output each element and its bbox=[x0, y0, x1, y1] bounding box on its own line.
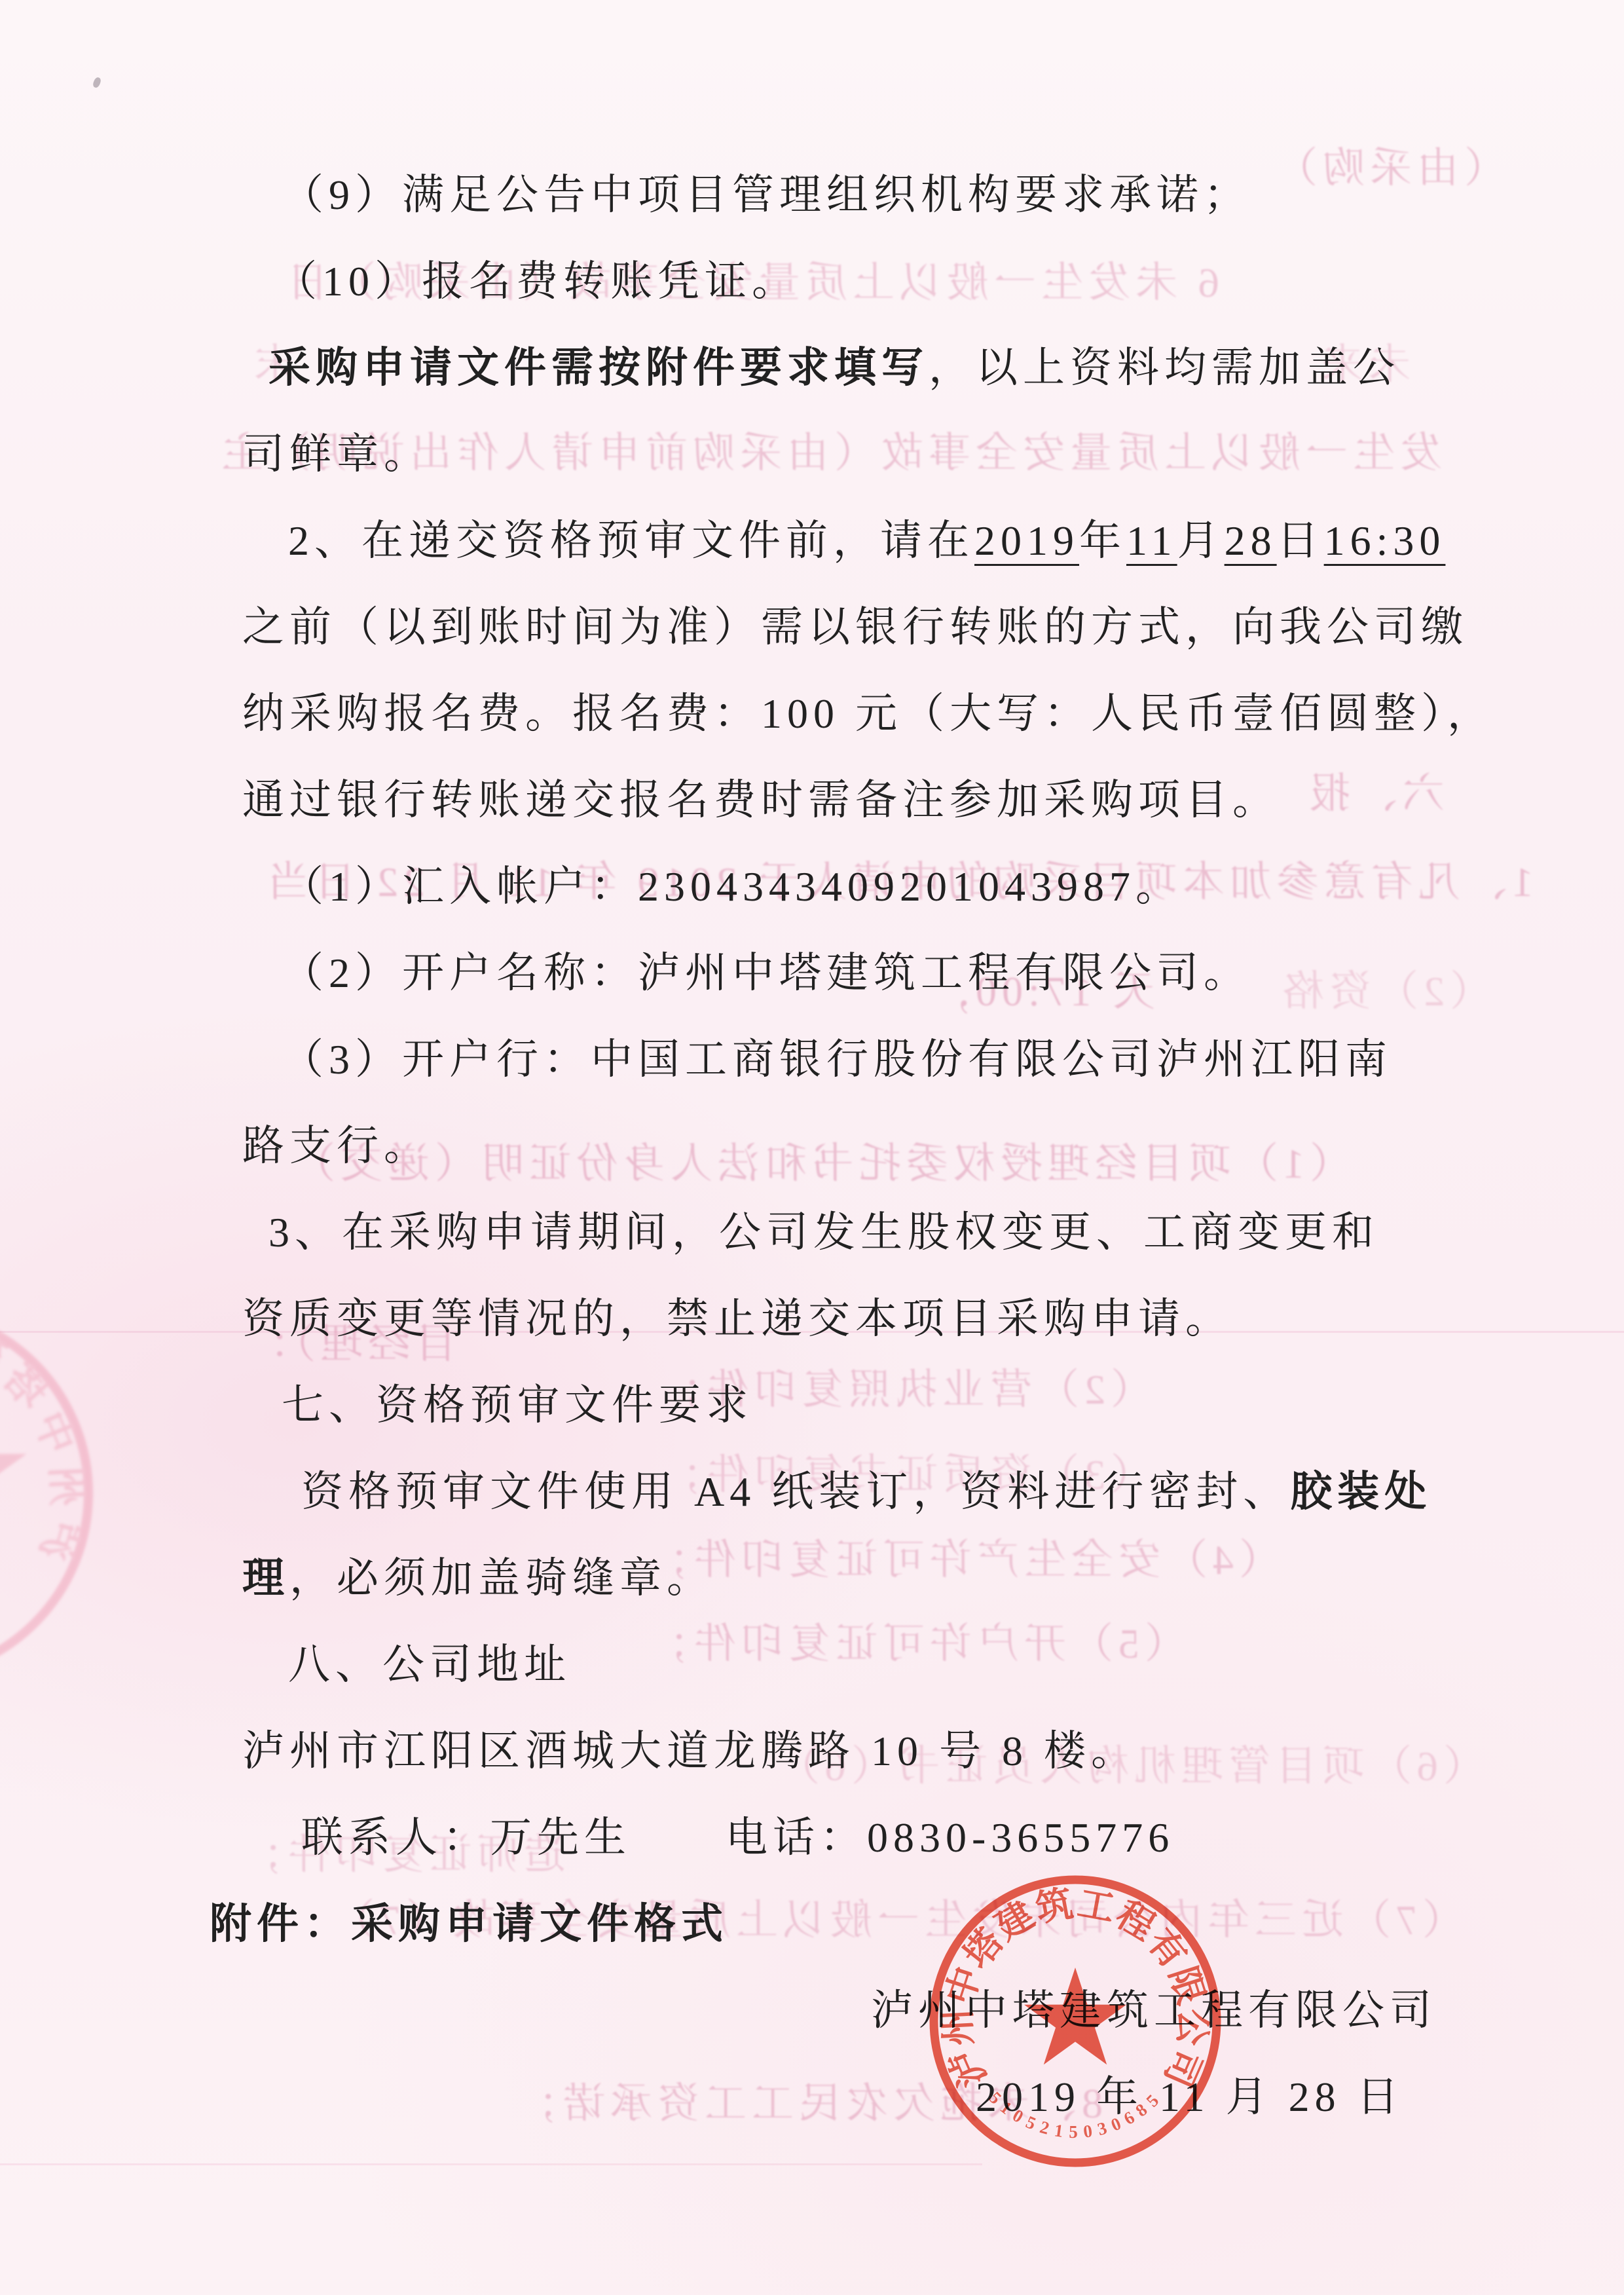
text-segment: 附件：采购申请文件格式 bbox=[210, 1901, 728, 1947]
text-line: 理，必须加盖骑缝章。 bbox=[242, 1535, 1428, 1622]
text-line: 路支行。 bbox=[242, 1103, 1428, 1189]
text-segment: ，必须加盖骑缝章。 bbox=[289, 1555, 714, 1601]
seal-star-icon bbox=[1024, 1968, 1126, 2064]
text-segment: 2019 bbox=[974, 517, 1079, 564]
text-segment: 2、在递交资格预审文件前，请在 bbox=[288, 517, 974, 564]
text-line: 3、在采购申请期间，公司发生股权变更、工商变更和 bbox=[268, 1189, 1428, 1276]
text-line: 司鲜章。 bbox=[242, 411, 1428, 498]
text-segment: （3）开户行：中国工商银行股份有限公司泸州江阳南 bbox=[282, 1036, 1392, 1083]
text-segment: 路支行。 bbox=[242, 1123, 431, 1169]
text-segment: 16:30 bbox=[1324, 517, 1446, 564]
text-segment: 理 bbox=[242, 1555, 289, 1601]
text-segment: 泸州市江阳区酒城大道龙腾路 10 号 8 楼。 bbox=[242, 1728, 1138, 1774]
text-line: 联系人：万先生 电话：0830-3655776 bbox=[301, 1795, 1428, 1881]
text-line: 采购申请文件需按附件要求填写，以上资料均需加盖公 bbox=[268, 325, 1428, 411]
text-line: 资质变更等情况的，禁止递交本项目采购申请。 bbox=[242, 1276, 1428, 1362]
company-seal: 泸州中塔建筑工程有限公司 5105215030685 bbox=[925, 1869, 1226, 2177]
text-line: （1）汇入帐户：2304343409201043987。 bbox=[282, 844, 1428, 930]
text-line: 2、在递交资格预审文件前，请在2019年11月28日16:30 bbox=[288, 498, 1428, 584]
scanned-document-page: （由采购）6 未发生一般以上质量安全事故（由采购）日末未来发生一般以上质量安全事… bbox=[0, 0, 1624, 2295]
svg-text:5105215030685: 5105215030685 bbox=[986, 2088, 1166, 2142]
text-segment: 七、资格预审文件要求 bbox=[282, 1382, 753, 1428]
text-segment: 月 bbox=[1177, 517, 1225, 564]
text-segment: 3、在采购申请期间，公司发生股权变更、工商变更和 bbox=[268, 1209, 1379, 1256]
text-segment: 11 bbox=[1126, 517, 1177, 564]
text-segment: 采购申请文件需按附件要求填写 bbox=[268, 345, 929, 391]
text-line: 八、公司地址 bbox=[288, 1622, 1428, 1708]
text-segment: （2）开户名称：泸州中塔建筑工程有限公司。 bbox=[282, 950, 1251, 996]
side-seal-graphic: 泸州中塔建筑工程有限公司 bbox=[0, 1297, 101, 1690]
text-line: 资格预审文件使用 A4 纸装订，资料进行密封、胶装处 bbox=[301, 1449, 1428, 1535]
text-segment: 通过银行转账递交报名费时需备注参加采购项目。 bbox=[242, 777, 1280, 823]
document-body: （9）满足公告中项目管理组织机构要求承诺；（10）报名费转账凭证。采购申请文件需… bbox=[242, 152, 1428, 2140]
text-segment: 年 bbox=[1079, 517, 1126, 564]
text-segment: 资格预审文件使用 A4 纸装订，资料进行密封、 bbox=[301, 1468, 1290, 1515]
company-seal-graphic: 泸州中塔建筑工程有限公司 5105215030685 bbox=[925, 1869, 1226, 2174]
left-edge-seal-bleed: 泸州中塔建筑工程有限公司 bbox=[0, 1297, 101, 1693]
text-line: 之前（以到账时间为准）需以银行转账的方式，向我公司缴 bbox=[242, 584, 1428, 671]
scan-streak bbox=[0, 2163, 982, 2165]
text-segment: 之前（以到账时间为准）需以银行转账的方式，向我公司缴 bbox=[242, 604, 1468, 650]
text-segment: （9）满足公告中项目管理组织机构要求承诺； bbox=[282, 172, 1251, 218]
text-segment: （1）汇入帐户：2304343409201043987。 bbox=[282, 863, 1183, 910]
text-line: 泸州市江阳区酒城大道龙腾路 10 号 8 楼。 bbox=[242, 1708, 1428, 1795]
text-line: 通过银行转账递交报名费时需备注参加采购项目。 bbox=[242, 757, 1428, 844]
text-segment: 资质变更等情况的，禁止递交本项目采购申请。 bbox=[242, 1296, 1232, 1342]
text-line: （10）报名费转账凭证。 bbox=[275, 238, 1428, 325]
text-segment: （10）报名费转账凭证。 bbox=[275, 258, 799, 305]
text-segment: 日 bbox=[1277, 517, 1324, 564]
text-segment: 28 bbox=[1225, 517, 1277, 564]
seal-serial: 5105215030685 bbox=[986, 2088, 1166, 2142]
text-segment: ，以上资料均需加盖公 bbox=[929, 345, 1400, 391]
text-line: 七、资格预审文件要求 bbox=[282, 1362, 1428, 1449]
text-segment: 胶装处 bbox=[1290, 1468, 1431, 1515]
text-segment: 纳采购报名费。报名费：100 元（大写：人民币壹佰圆整）， bbox=[242, 690, 1494, 737]
text-segment: 八、公司地址 bbox=[288, 1641, 571, 1688]
text-line: （2）开户名称：泸州中塔建筑工程有限公司。 bbox=[282, 930, 1428, 1017]
text-line: 纳采购报名费。报名费：100 元（大写：人民币壹佰圆整）， bbox=[242, 671, 1428, 757]
text-segment: 司鲜章。 bbox=[242, 431, 431, 477]
text-line: （3）开户行：中国工商银行股份有限公司泸州江阳南 bbox=[282, 1017, 1428, 1103]
text-segment: 联系人：万先生 电话：0830-3655776 bbox=[301, 1814, 1174, 1861]
text-line: 附件：采购申请文件格式 bbox=[210, 1881, 1428, 1968]
text-line: （9）满足公告中项目管理组织机构要求承诺； bbox=[282, 152, 1428, 238]
